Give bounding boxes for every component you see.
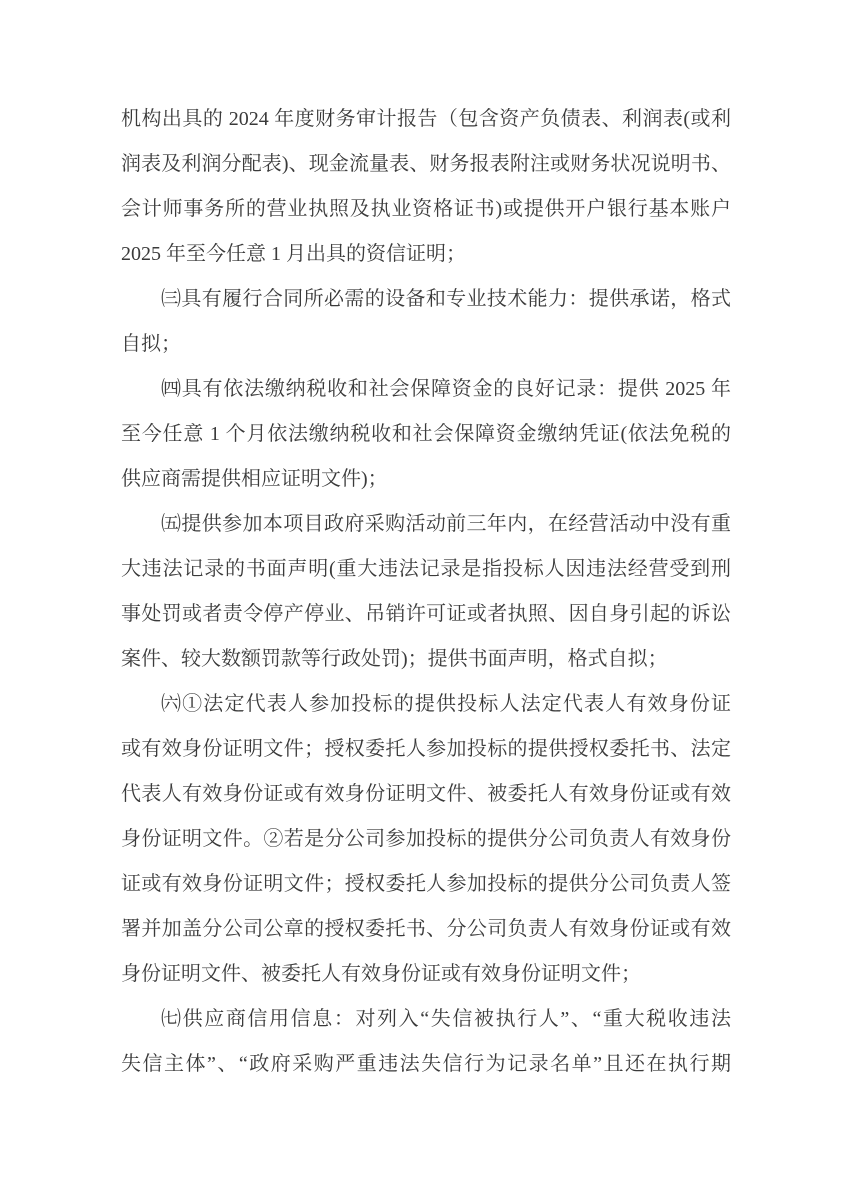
text-line: ㈣具有依法缴纳税收和社会保障资金的良好记录：提供 2025 年 <box>121 367 731 412</box>
text-line: 代表人有效身份证或有效身份证明文件、被委托人有效身份证或有效 <box>121 772 731 817</box>
text-line: ㈦供应商信用信息：对列入“失信被执行人”、“重大税收违法 <box>121 997 731 1042</box>
text-line: 至今任意 1 个月依法缴纳税收和社会保障资金缴纳凭证(依法免税的 <box>121 412 731 457</box>
paragraph: ㈤提供参加本项目政府采购活动前三年内，在经营活动中没有重大违法记录的书面声明(重… <box>121 502 731 682</box>
text-line: 证或有效身份证明文件；授权委托人参加投标的提供分公司负责人签 <box>121 862 731 907</box>
paragraph: ㈦供应商信用信息：对列入“失信被执行人”、“重大税收违法失信主体”、“政府采购严… <box>121 997 731 1087</box>
text-line: ㈥①法定代表人参加投标的提供投标人法定代表人有效身份证 <box>121 682 731 727</box>
text-line: 润表及利润分配表)、现金流量表、财务报表附注或财务状况说明书、 <box>121 142 731 187</box>
text-line: 失信主体”、“政府采购严重违法失信行为记录名单”且还在执行期 <box>121 1042 731 1087</box>
paragraph: 机构出具的 2024 年度财务审计报告（包含资产负债表、利润表(或利润表及利润分… <box>121 97 731 277</box>
text-line: 大违法记录的书面声明(重大违法记录是指投标人因违法经营受到刑 <box>121 547 731 592</box>
paragraph: ㈣具有依法缴纳税收和社会保障资金的良好记录：提供 2025 年至今任意 1 个月… <box>121 367 731 502</box>
text-line: 署并加盖分公司公章的授权委托书、分公司负责人有效身份证或有效 <box>121 907 731 952</box>
document-page: 机构出具的 2024 年度财务审计报告（包含资产负债表、利润表(或利润表及利润分… <box>0 0 848 1200</box>
text-line: 机构出具的 2024 年度财务审计报告（包含资产负债表、利润表(或利 <box>121 97 731 142</box>
text-line: 会计师事务所的营业执照及执业资格证书)或提供开户银行基本账户 <box>121 187 731 232</box>
paragraph: ㈢具有履行合同所必需的设备和专业技术能力：提供承诺，格式自拟； <box>121 277 731 367</box>
paragraph: ㈥①法定代表人参加投标的提供投标人法定代表人有效身份证或有效身份证明文件；授权委… <box>121 682 731 997</box>
text-line: 身份证明文件。②若是分公司参加投标的提供分公司负责人有效身份 <box>121 817 731 862</box>
text-line: 或有效身份证明文件；授权委托人参加投标的提供授权委托书、法定 <box>121 727 731 772</box>
text-block: 机构出具的 2024 年度财务审计报告（包含资产负债表、利润表(或利润表及利润分… <box>121 97 731 1087</box>
text-line: 自拟； <box>121 322 731 367</box>
text-line: 供应商需提供相应证明文件)； <box>121 457 731 502</box>
text-line: 事处罚或者责令停产停业、吊销许可证或者执照、因自身引起的诉讼 <box>121 592 731 637</box>
text-line: ㈤提供参加本项目政府采购活动前三年内，在经营活动中没有重 <box>121 502 731 547</box>
text-line: 身份证明文件、被委托人有效身份证或有效身份证明文件； <box>121 952 731 997</box>
text-line: 2025 年至今任意 1 月出具的资信证明； <box>121 232 731 277</box>
text-line: 案件、较大数额罚款等行政处罚)；提供书面声明，格式自拟； <box>121 637 731 682</box>
text-line: ㈢具有履行合同所必需的设备和专业技术能力：提供承诺，格式 <box>121 277 731 322</box>
